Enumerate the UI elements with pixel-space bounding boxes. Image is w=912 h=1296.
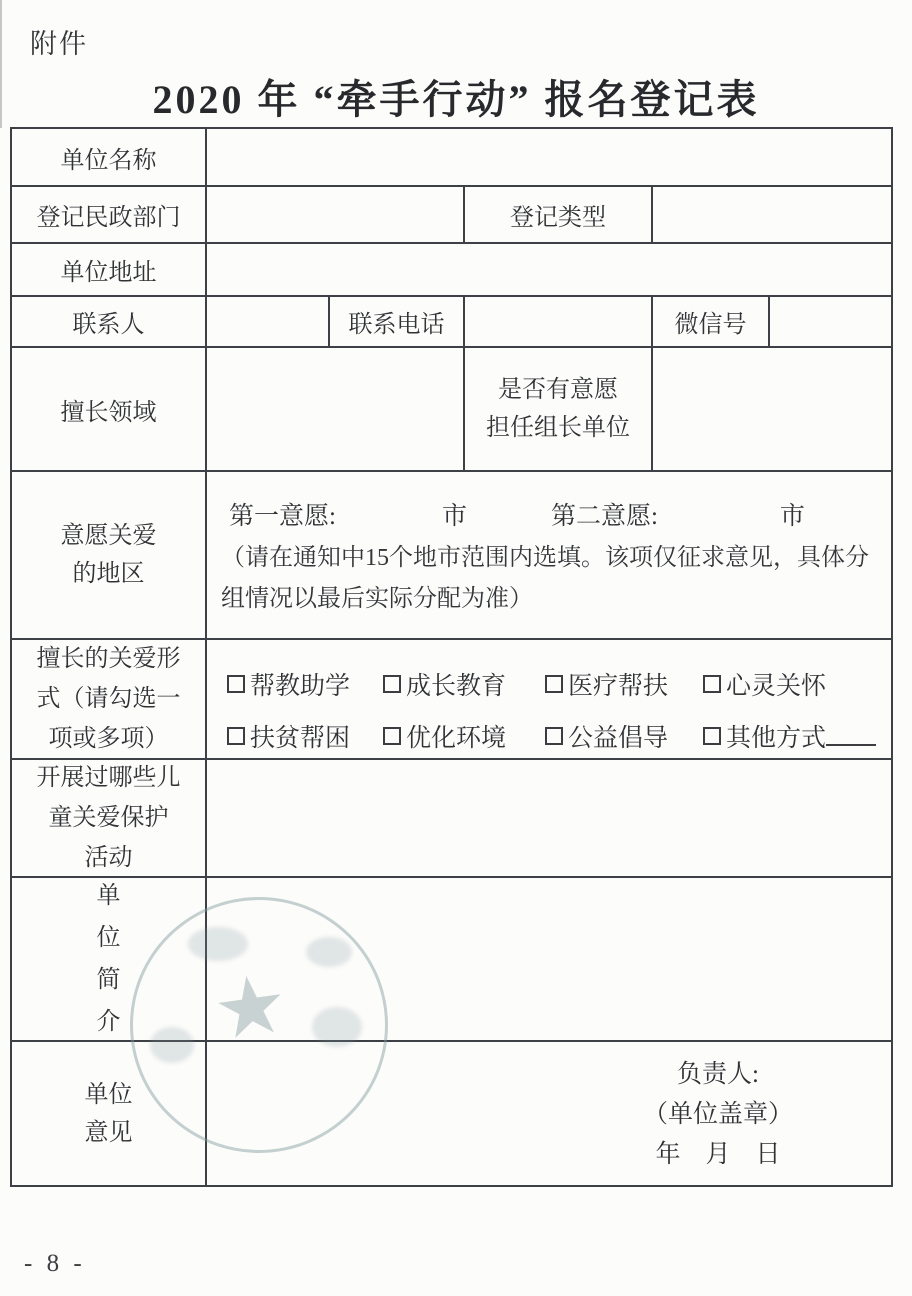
registration-type-label: 登记类型: [465, 187, 653, 242]
first-choice-label: 第一意愿:: [229, 496, 336, 532]
unit-address-field: [207, 244, 891, 295]
unit-profile-field: [207, 878, 891, 1040]
checkbox-icon: [703, 675, 721, 693]
table-row-past-activities: 开展过哪些儿 童关爱保护 活动: [12, 760, 891, 878]
page-number: - 8 -: [24, 1250, 86, 1278]
registration-type-field: [653, 187, 891, 242]
past-activities-label: 开展过哪些儿 童关爱保护 活动: [12, 760, 207, 876]
unit-address-label: 单位地址: [12, 244, 207, 295]
checkbox-icon: [227, 727, 245, 745]
second-choice-label: 第二意愿:: [551, 496, 658, 532]
past-activities-field: [207, 760, 891, 876]
registration-dept-field: [207, 187, 465, 242]
care-forms-label: 擅长的关爱形 式（请勾选一 项或多项）: [12, 640, 207, 758]
registration-form-table: 单位名称 登记民政部门 登记类型 单位地址 联系人 联系电话 微信号 擅长领域 …: [10, 127, 893, 1187]
checkbox-icon: [545, 675, 563, 693]
preferred-region-label: 意愿关爱 的地区: [12, 472, 207, 638]
wechat-id-field: [770, 297, 891, 346]
checkbox-icon: [227, 675, 245, 693]
checkbox-option: 帮教助学: [227, 666, 383, 702]
checkbox-option: 公益倡导: [545, 718, 703, 754]
expertise-field-field: [207, 348, 465, 470]
attachment-label: 附件: [30, 22, 88, 61]
signature-block: 负责人: （单位盖章） 年 月 日: [623, 1055, 813, 1175]
page-title: 2020 年 “牵手行动” 报名登记表: [0, 68, 912, 125]
other-option-blank-line: [826, 726, 876, 746]
date-placeholder: 年 月 日: [623, 1135, 813, 1175]
unit-opinion-field: 负责人: （单位盖章） 年 月 日: [207, 1042, 891, 1185]
wechat-id-label: 微信号: [653, 297, 770, 346]
preferred-region-note: （请在通知中15个地市范围内选填。该项仅征求意见，具体分组情况以最后实际分配为准…: [221, 538, 877, 620]
checkbox-option: 优化环境: [383, 718, 545, 754]
contact-person-field: [207, 297, 330, 346]
checkbox-option: 成长教育: [383, 666, 545, 702]
responsible-person-label: 负责人:: [623, 1055, 813, 1095]
table-row-unit-opinion: 单位 意见 负责人: （单位盖章） 年 月 日: [12, 1042, 891, 1185]
table-row-registration: 登记民政部门 登记类型: [12, 187, 891, 244]
checkbox-option: 扶贫帮困: [227, 718, 383, 754]
care-forms-field: 帮教助学 成长教育 医疗帮扶 心灵关怀 扶贫帮困 优化环境 公益倡导 其他方式: [207, 640, 891, 758]
table-row-preferred-region: 意愿关爱 的地区 第一意愿: 市 第二意愿: 市 （请在通知中15个地市范围内选…: [12, 472, 891, 640]
table-row-care-forms: 擅长的关爱形 式（请勾选一 项或多项） 帮教助学 成长教育 医疗帮扶 心灵关怀 …: [12, 640, 891, 760]
wish-choices-line: 第一意愿: 市 第二意愿: 市: [221, 496, 805, 532]
leader-willingness-field: [653, 348, 891, 470]
checkbox-icon: [703, 727, 721, 745]
first-choice-city-suffix: 市: [442, 496, 467, 532]
unit-name-field: [207, 129, 891, 185]
unit-name-label: 单位名称: [12, 129, 207, 185]
checkbox-icon: [383, 727, 401, 745]
contact-phone-field: [465, 297, 653, 346]
care-forms-options: 帮教助学 成长教育 医疗帮扶 心灵关怀 扶贫帮困 优化环境 公益倡导 其他方式: [221, 666, 877, 754]
unit-opinion-label: 单位 意见: [12, 1042, 207, 1185]
checkbox-icon: [545, 727, 563, 745]
unit-seal-note: （单位盖章）: [623, 1095, 813, 1135]
preferred-region-field: 第一意愿: 市 第二意愿: 市 （请在通知中15个地市范围内选填。该项仅征求意见…: [207, 472, 891, 638]
checkbox-option-other: 其他方式: [703, 718, 877, 754]
checkbox-icon: [383, 675, 401, 693]
unit-profile-label: 单 位 简 介: [12, 878, 207, 1040]
contact-person-label: 联系人: [12, 297, 207, 346]
table-row-unit-name: 单位名称: [12, 129, 891, 187]
checkbox-option: 医疗帮扶: [545, 666, 703, 702]
table-row-unit-address: 单位地址: [12, 244, 891, 297]
table-row-contact: 联系人 联系电话 微信号: [12, 297, 891, 348]
table-row-expertise: 擅长领域 是否有意愿 担任组长单位: [12, 348, 891, 472]
table-row-unit-profile: 单 位 简 介: [12, 878, 891, 1042]
leader-willingness-label: 是否有意愿 担任组长单位: [465, 348, 653, 470]
checkbox-option: 心灵关怀: [703, 666, 877, 702]
registration-dept-label: 登记民政部门: [12, 187, 207, 242]
second-choice-city-suffix: 市: [780, 496, 805, 532]
expertise-field-label: 擅长领域: [12, 348, 207, 470]
contact-phone-label: 联系电话: [330, 297, 465, 346]
